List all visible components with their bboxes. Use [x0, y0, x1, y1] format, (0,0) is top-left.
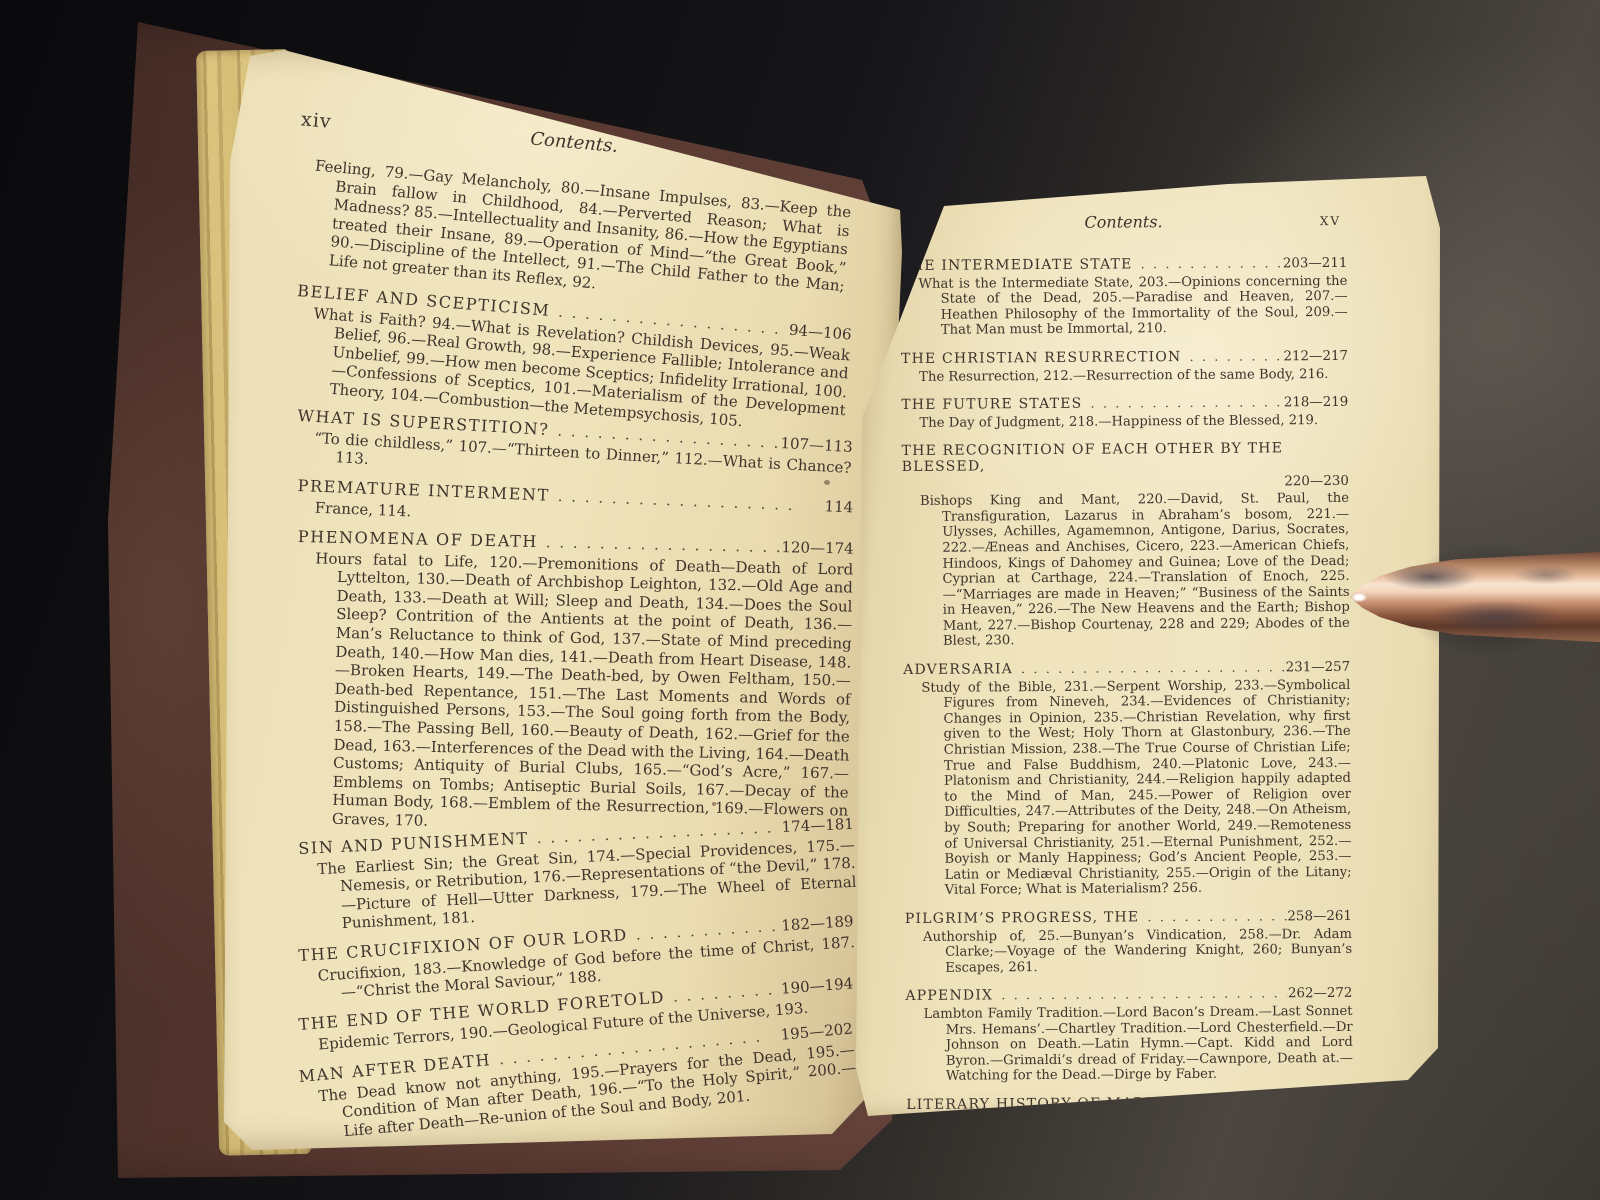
toc-heading: APPENDIX — [905, 989, 993, 1005]
toc-heading: PHENOMENA OF DEATH — [298, 528, 538, 552]
toc-heading: PILGRIM’S PROGRESS, THE — [905, 910, 1140, 927]
toc-section: PHENOMENA OF DEATH . . . . . . . . . . .… — [292, 528, 854, 839]
foxing-speck — [824, 480, 830, 485]
toc-body: Study of the Bible, 231.—Serpent Worship… — [903, 678, 1352, 899]
page-range: 212—217 — [1283, 349, 1348, 365]
page-range: 203—211 — [1283, 256, 1348, 272]
toc-section: THE RECOGNITION OF EACH OTHER BY THE BLE… — [902, 441, 1350, 650]
page-range: 231—257 — [1286, 660, 1351, 676]
foxing-speck — [712, 802, 716, 806]
toc-body: Authorship of, 25.—Bunyan’s Vindication,… — [905, 926, 1352, 976]
page-range: 120—174 — [781, 538, 854, 558]
right-page: Contents. xv THE INTERMEDIATE STATE . . … — [848, 168, 1448, 1128]
page-range: 258—261 — [1287, 909, 1352, 925]
page-range: 94—106 — [788, 320, 852, 343]
dot-leader: . . . . . . . . . . — [1181, 349, 1283, 365]
page-range: 107—113 — [780, 434, 853, 457]
dot-leader: . . . . . . . . . . — [1186, 1095, 1288, 1111]
toc-body: The Day of Judgment, 218.—Happiness of t… — [901, 413, 1348, 432]
toc-body: The Resurrection, 212.—Resurrection of t… — [901, 366, 1348, 385]
page-range: 182—189 — [781, 912, 854, 935]
dot-leader: . . . . . . . . . . . . . . . . . . — [538, 533, 782, 557]
dot-leader: . . . . . . . . . . . . . . . . . . . . … — [1013, 660, 1286, 677]
toc-heading: THE FUTURE STATES — [901, 397, 1082, 414]
dot-leader: . . . . . . . . . . . . . . . . . — [1082, 395, 1283, 412]
dot-leader: . . . . . . . . . . . . . . . . . . . . … — [993, 987, 1288, 1005]
toc-section: PILGRIM’S PROGRESS, THE . . . . . . . . … — [905, 909, 1352, 976]
toc-section: LITERARY HISTORY OF MADMEN . . . . . . .… — [906, 1095, 1353, 1114]
page-range: 218—219 — [1284, 395, 1349, 411]
dot-leader: . . . . . . . . . . . . . — [1133, 256, 1283, 273]
left-page: xiv Contents. Feeling, 79.—Gay Melanchol… — [212, 42, 902, 1160]
toc-body: Lambton Family Tradition.—Lord Bacon’s D… — [906, 1004, 1354, 1085]
page-range: 174—181 — [781, 814, 854, 836]
right-page-header: Contents. xv — [900, 213, 1347, 246]
page-range: 262—272 — [1288, 986, 1353, 1002]
toc-heading: THE RECOGNITION OF EACH OTHER BY THE BLE… — [902, 441, 1349, 475]
page-range: 114 — [824, 497, 853, 517]
photo-scene: xiv Contents. Feeling, 79.—Gay Melanchol… — [0, 0, 1600, 1200]
foxing-speck — [1278, 1113, 1284, 1118]
toc-heading: THE INTERMEDIATE STATE — [900, 257, 1132, 274]
toc-body: What is the Intermediate State, 203.—Opi… — [900, 273, 1347, 338]
toc-section: APPENDIX . . . . . . . . . . . . . . . .… — [905, 986, 1353, 1085]
toc-heading: THE CHRISTIAN RESURRECTION — [901, 350, 1182, 368]
toc-heading: ADVERSARIA — [903, 662, 1013, 678]
toc-heading: LITERARY HISTORY OF MADMEN — [906, 1096, 1186, 1114]
right-page-number: xv — [1320, 213, 1341, 229]
toc-body: Hours fatal to Life, 120.—Premonitions o… — [292, 549, 854, 839]
toc-section: ADVERSARIA . . . . . . . . . . . . . . .… — [903, 660, 1352, 899]
toc-section: THE CHRISTIAN RESURRECTION . . . . . . .… — [901, 349, 1348, 385]
toc-body: Bishops King and Mant, 220.—David, St. P… — [902, 491, 1350, 650]
page-range: 220—230 — [902, 473, 1349, 492]
page-range: 267—272 — [1289, 1095, 1354, 1111]
dot-leader: . . . . . . . . . . . . . — [1139, 909, 1287, 926]
toc-section: THE INTERMEDIATE STATE . . . . . . . . .… — [900, 256, 1348, 339]
right-running-header: Contents. — [900, 213, 1347, 232]
toc-section: THE FUTURE STATES . . . . . . . . . . . … — [901, 395, 1348, 431]
